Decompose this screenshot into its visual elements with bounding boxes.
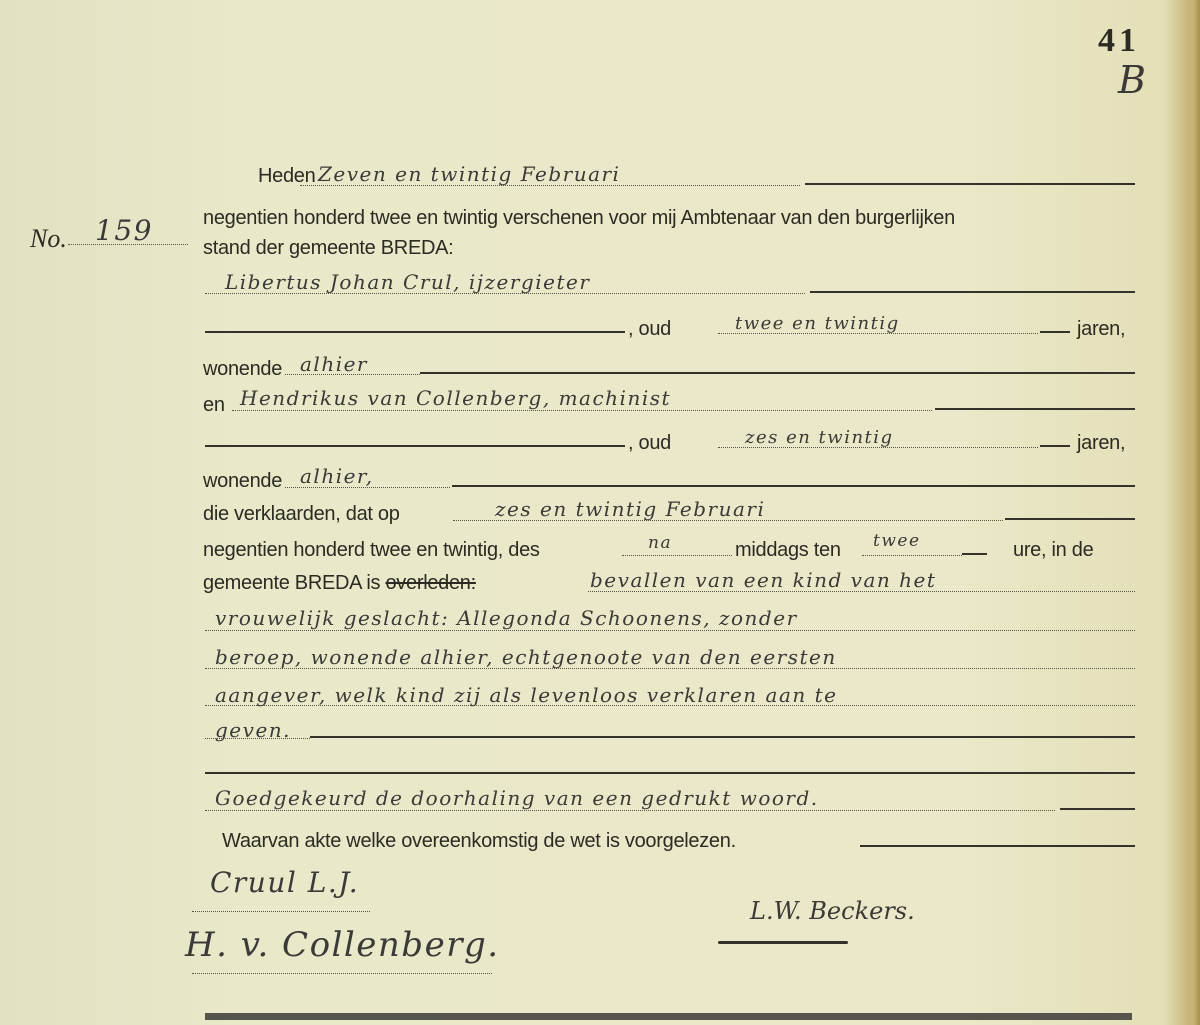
event-line-2-dots bbox=[205, 630, 1135, 631]
declarant1-solid-line bbox=[810, 291, 1135, 293]
hour-value: twee bbox=[873, 531, 921, 551]
age1-value: twee en twintig bbox=[735, 313, 900, 334]
jaren-label-1: jaren, bbox=[1077, 318, 1125, 341]
record-number-label: No. bbox=[30, 224, 67, 254]
record-number-value: 159 bbox=[95, 214, 153, 247]
heden-solid-line bbox=[805, 183, 1135, 185]
daypart-dotted-line bbox=[622, 555, 732, 556]
age1-prefix-line bbox=[205, 331, 625, 333]
gemeente-text: gemeente BREDA is bbox=[203, 572, 380, 594]
verklaarden-label: die verklaarden, dat op bbox=[203, 503, 400, 526]
date-value: zes en twintig Februari bbox=[495, 497, 765, 521]
approval-dotted-line bbox=[205, 810, 1055, 811]
residence2-value: alhier, bbox=[300, 464, 374, 488]
signature2-line bbox=[192, 973, 492, 974]
ure-label: ure, in de bbox=[1013, 539, 1093, 562]
middags-label: middags ten bbox=[735, 539, 841, 562]
wonende-label-2: wonende bbox=[203, 470, 282, 493]
event-line-2: vrouwelijk geslacht: Allegonda Schoonens… bbox=[215, 606, 798, 630]
residence2-solid-line bbox=[452, 485, 1135, 487]
gemeente-label: gemeente BREDA is overleden: bbox=[203, 572, 476, 595]
signature-official: L.W. Beckers. bbox=[750, 897, 915, 925]
heden-date-value: Zeven en twintig Februari bbox=[318, 162, 620, 186]
overleden-struck: overleden: bbox=[385, 572, 475, 594]
approval-solid-line bbox=[1060, 808, 1135, 810]
event-line-1: bevallen van een kind van het bbox=[590, 568, 936, 592]
signature-declarant2: H. v. Collenberg. bbox=[185, 925, 500, 965]
date-solid-line bbox=[1005, 518, 1135, 520]
declarant2-solid-line bbox=[935, 408, 1135, 410]
event-line-3: beroep, wonende alhier, echtgenoote van … bbox=[215, 645, 837, 669]
declarant2-dotted-line bbox=[232, 410, 932, 411]
residence1-solid-line bbox=[420, 372, 1135, 374]
daypart-value: na bbox=[648, 533, 672, 553]
bottom-rule bbox=[205, 1013, 1132, 1020]
event-line-5-solid bbox=[310, 736, 1135, 738]
line-year-appearance: negentien honderd twee en twintig versch… bbox=[203, 207, 955, 230]
page-number: 41 bbox=[1098, 22, 1140, 60]
jaren-label-2: jaren, bbox=[1077, 432, 1125, 455]
signature-declarant1: Cruul L.J. bbox=[210, 866, 359, 899]
blank-ruled-line bbox=[205, 772, 1135, 774]
age1-solid-line bbox=[1040, 331, 1070, 333]
page-edge bbox=[1186, 0, 1200, 1025]
closing-text: Waarvan akte welke overeenkomstig de wet… bbox=[222, 830, 736, 853]
event-line-5: geven. bbox=[215, 718, 291, 742]
approval-note: Goedgekeurd de doorhaling van een gedruk… bbox=[215, 786, 819, 810]
residence1-value: alhier bbox=[300, 352, 368, 376]
en-label: en bbox=[203, 394, 225, 417]
line-stand-gemeente: stand der gemeente BREDA: bbox=[203, 237, 453, 260]
signature1-line bbox=[192, 911, 370, 912]
line-year-prefix: negentien honderd twee en twintig, des bbox=[203, 539, 540, 562]
declarant2-value: Hendrikus van Collenberg, machinist bbox=[240, 386, 671, 410]
age2-value: zes en twintig bbox=[745, 427, 894, 448]
declarant1-value: Libertus Johan Crul, ijzergieter bbox=[225, 270, 590, 294]
closing-solid-line bbox=[860, 845, 1135, 847]
hour-dotted-line bbox=[862, 555, 962, 556]
official-signature-underline bbox=[718, 941, 848, 944]
hour-solid-line bbox=[962, 553, 987, 555]
age2-oud-label: , oud bbox=[628, 432, 671, 455]
age2-prefix-line bbox=[205, 445, 625, 447]
document-page: 41 B Heden Zeven en twintig Februari neg… bbox=[0, 0, 1200, 1025]
event-line-4: aangever, welk kind zij als levenloos ve… bbox=[215, 683, 837, 707]
wonende-label-1: wonende bbox=[203, 358, 282, 381]
page-letter: B bbox=[1118, 58, 1146, 102]
age1-oud-label: , oud bbox=[628, 318, 671, 341]
age2-solid-line bbox=[1040, 445, 1070, 447]
